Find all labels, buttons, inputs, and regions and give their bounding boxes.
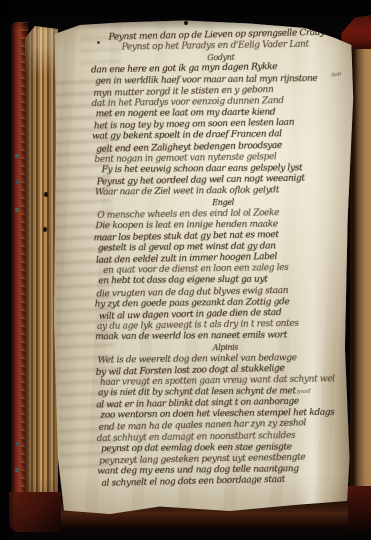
wormhole <box>43 227 47 232</box>
book-cover-bottom-left-corner <box>9 492 61 532</box>
page-edges-stack <box>25 26 58 527</box>
marbled-edge-dot <box>16 180 20 184</box>
photo-of-open-book: Peynst men dan op de Lieven op sprengsel… <box>0 0 371 540</box>
marginal-note: Aan <box>331 71 342 78</box>
manuscript-page: Peynst men dan op de Lieven op sprengsel… <box>50 18 355 518</box>
ink-speck <box>97 41 100 44</box>
marbled-edge-dot <box>15 208 19 212</box>
text-block: Peynst men dan op de Lieven op sprengsel… <box>90 28 357 489</box>
marbled-edge-dot <box>15 154 19 158</box>
facing-page-strip <box>350 38 371 498</box>
page-edges-shading <box>25 26 58 527</box>
wormhole <box>44 192 48 197</box>
marbled-edge-dot <box>15 468 19 472</box>
marbled-edge-dot <box>16 442 20 446</box>
ink-speck <box>184 21 188 25</box>
